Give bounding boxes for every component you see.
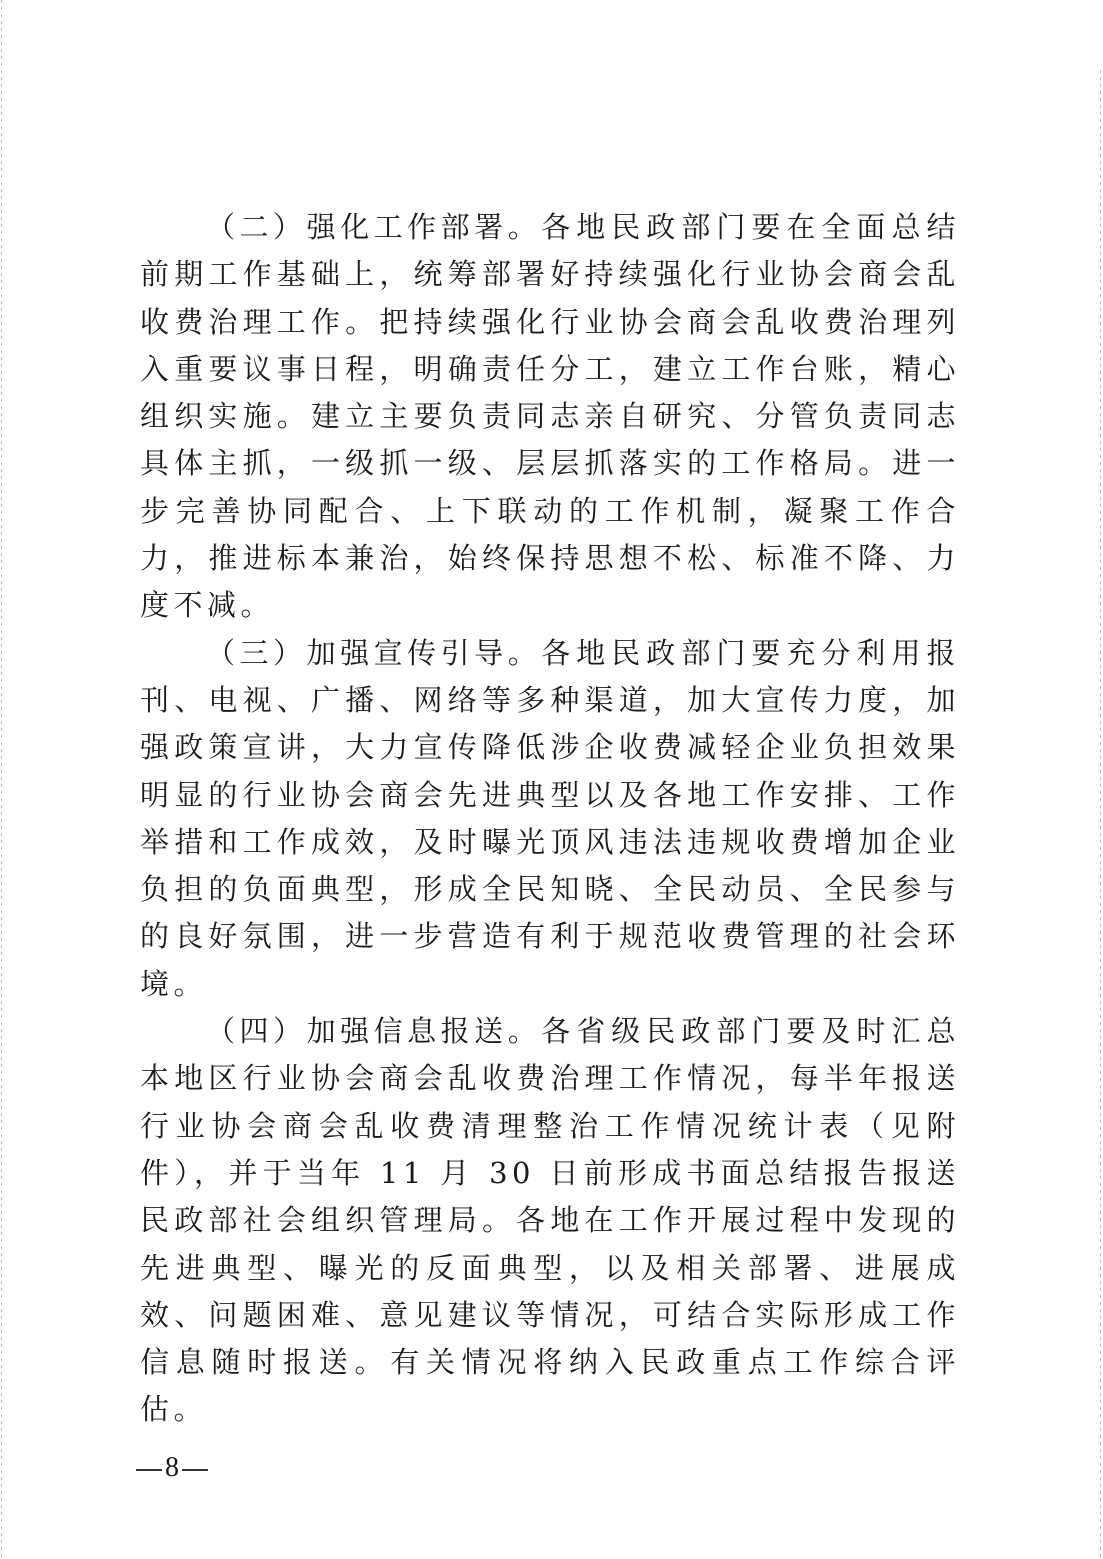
dash-right: [182, 1469, 208, 1471]
page-number: 8: [165, 1452, 179, 1483]
paragraph-body: 各地民政部门要充分利用报刊、电视、广播、网络等多种渠道，加大宣传力度，加强政策宣…: [140, 636, 960, 1001]
paragraph-information-reporting: （四）加强信息报送。各省级民政部门要及时汇总本地区行业协会商会乱收费治理工作情况…: [140, 1008, 960, 1434]
scan-edge-left: [1, 0, 2, 1559]
page-number-footer: 8: [133, 1452, 211, 1484]
dash-left: [136, 1469, 162, 1471]
paragraph-body: 各省级民政部门要及时汇总本地区行业协会商会乱收费治理工作情况，每半年报送行业协会…: [140, 1014, 960, 1426]
paragraph-heading: （二）强化工作部署。: [206, 210, 541, 244]
paragraph-strengthen-deployment: （二）强化工作部署。各地民政部门要在全面总结前期工作基础上，统筹部署好持续强化行…: [140, 204, 960, 630]
paragraph-body: 各地民政部门要在全面总结前期工作基础上，统筹部署好持续强化行业协会商会乱收费治理…: [140, 210, 960, 622]
document-page: （二）强化工作部署。各地民政部门要在全面总结前期工作基础上，统筹部署好持续强化行…: [140, 204, 960, 1434]
scan-edge-right: [1100, 70, 1101, 1559]
paragraph-heading: （三）加强宣传引导。: [206, 636, 541, 670]
paragraph-heading: （四）加强信息报送。: [206, 1014, 541, 1048]
paragraph-publicity-guidance: （三）加强宣传引导。各地民政部门要充分利用报刊、电视、广播、网络等多种渠道，加大…: [140, 630, 960, 1008]
